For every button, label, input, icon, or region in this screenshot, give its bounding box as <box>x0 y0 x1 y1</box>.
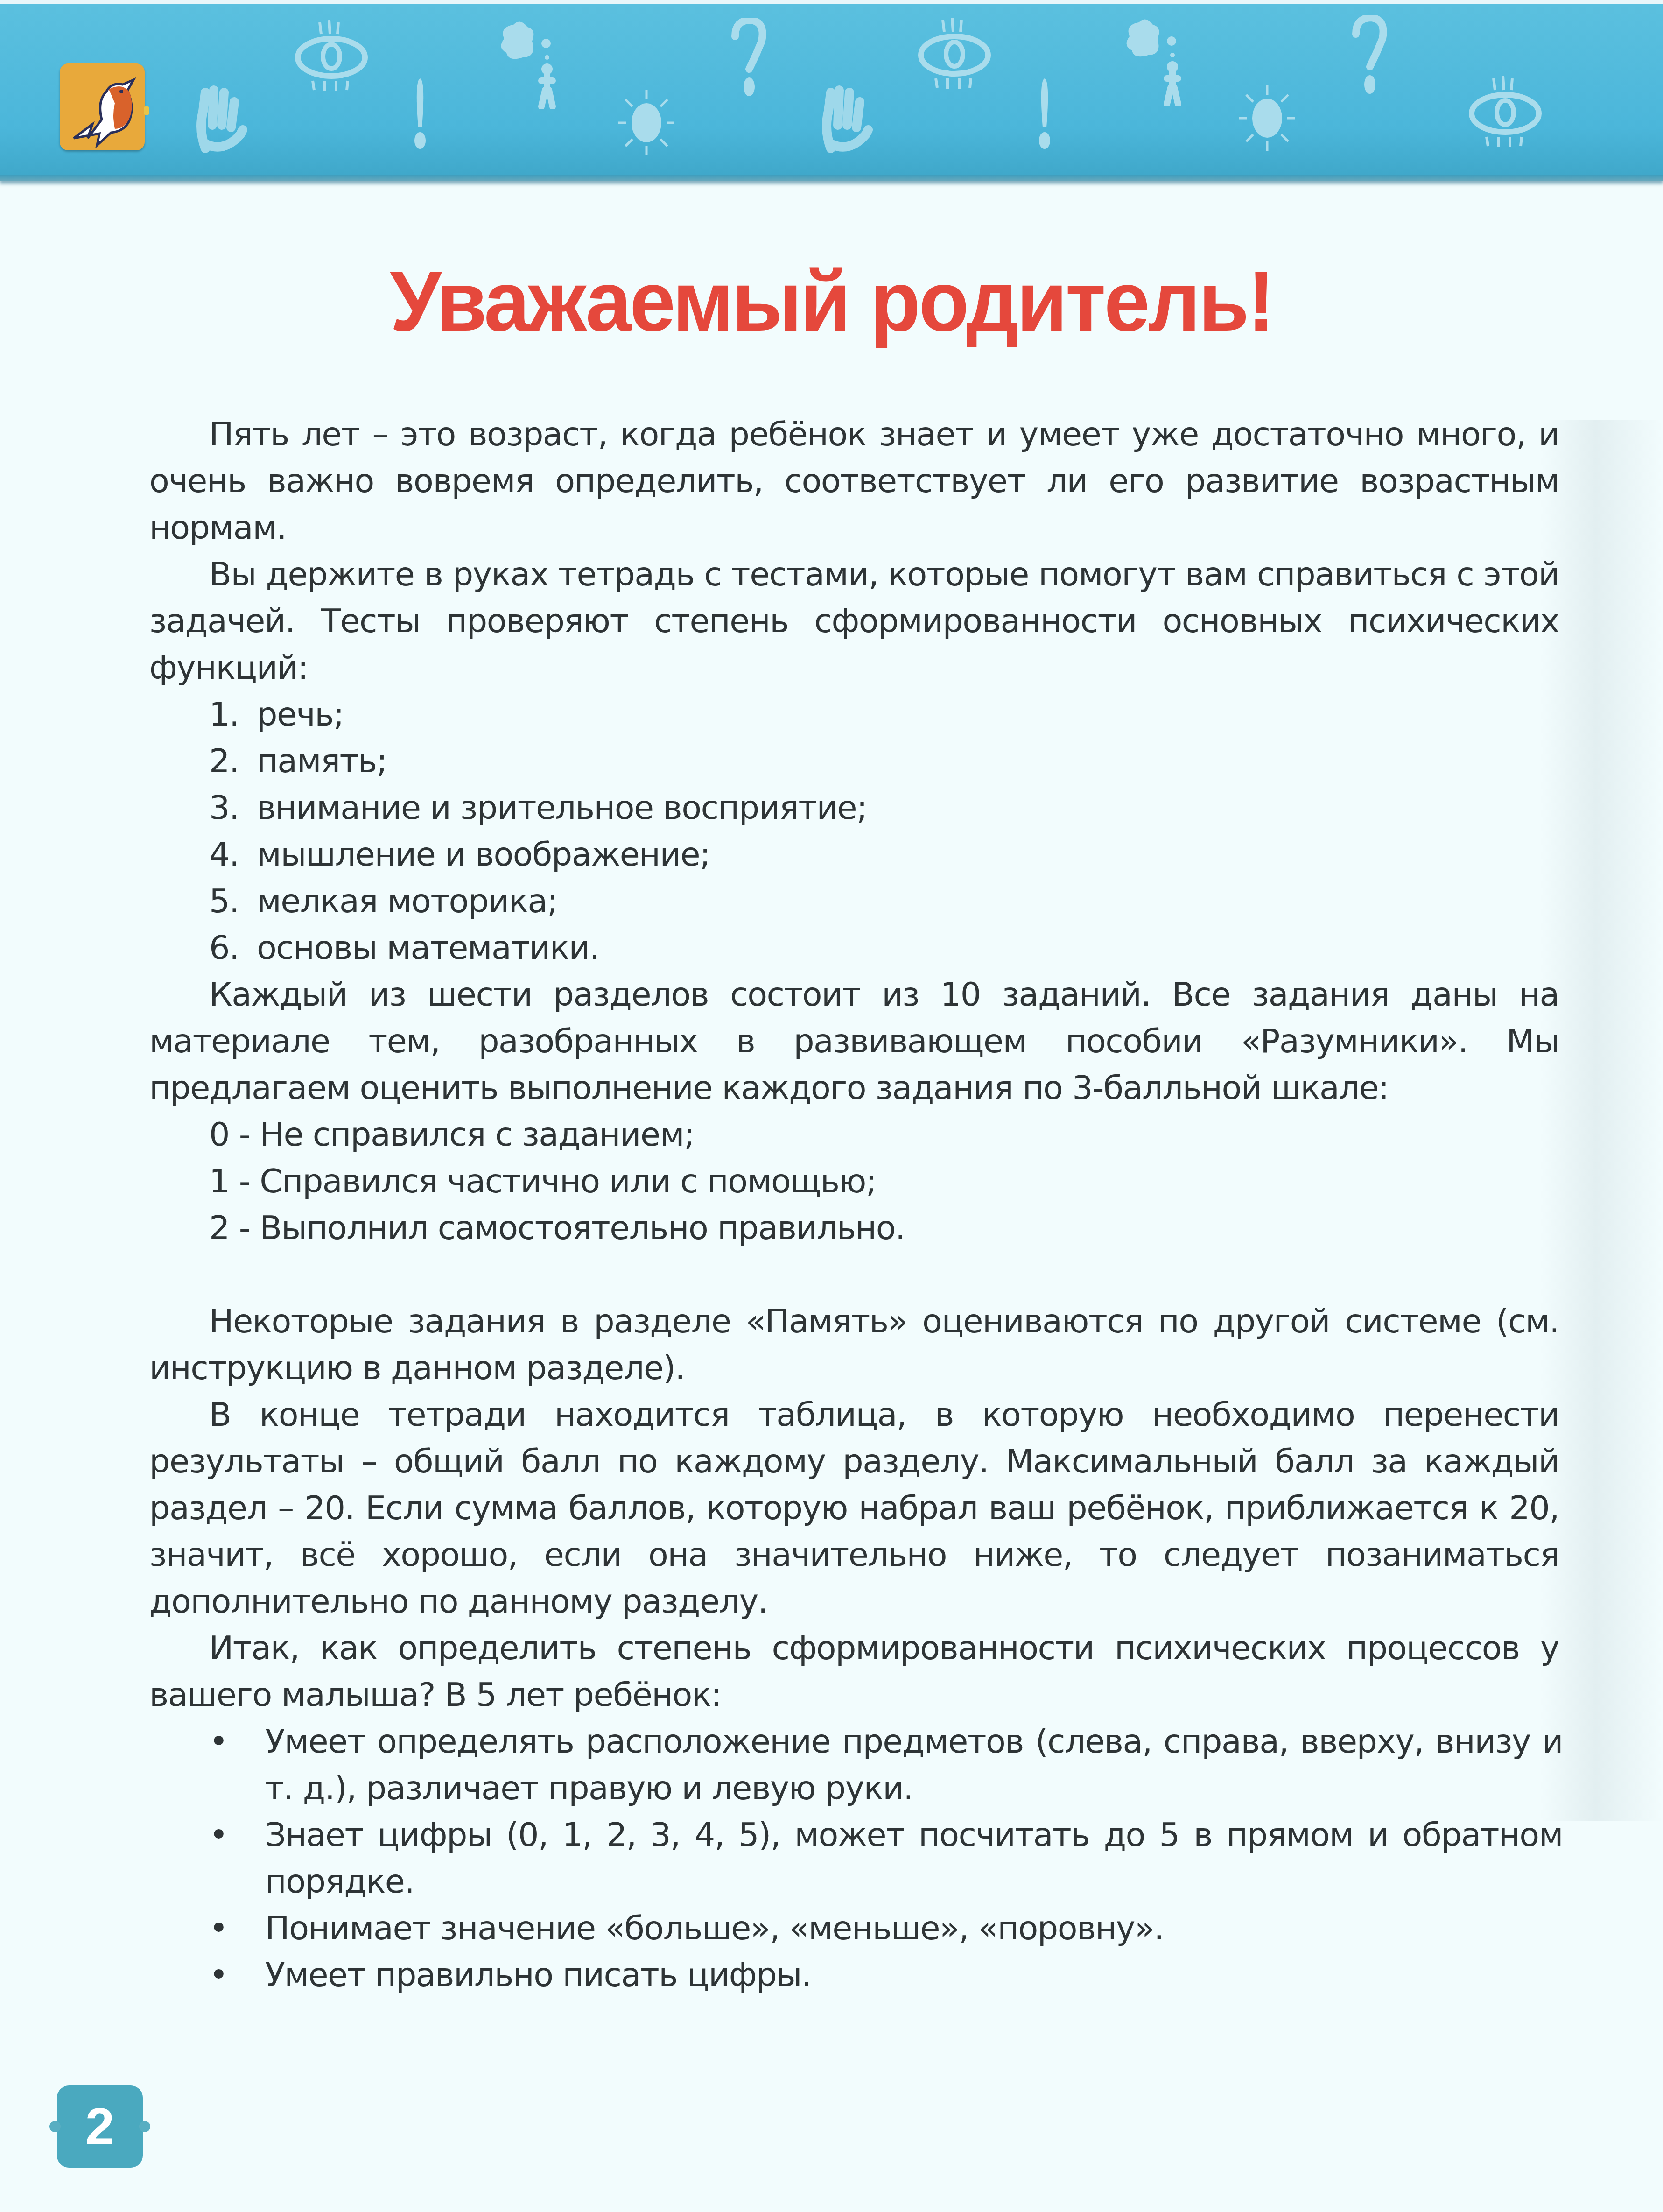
workbook-paragraph: Вы держите в руках тетрадь с тестами, ко… <box>149 551 1559 691</box>
bullet-icon: • <box>209 1811 228 1858</box>
thought-cloud-person-icon <box>495 20 565 109</box>
page-title: Уважаемый родитель! <box>25 252 1638 350</box>
score-item: 0 - Не справился с заданием; <box>209 1111 694 1158</box>
bullet-icon: • <box>209 1905 228 1951</box>
score-item: 1 - Справился частично или с помощью; <box>209 1158 876 1205</box>
eye-icon <box>292 20 371 92</box>
list-item: 2.память; <box>209 738 387 784</box>
list-item: 6.основы математики. <box>209 924 599 971</box>
list-item: 3.внимание и зрительное восприятие; <box>209 784 867 831</box>
sections-paragraph: Каждый из шести разделов состоит из 10 з… <box>149 971 1559 1111</box>
question-icon <box>1349 15 1391 95</box>
list-item: Умеет правильно писать цифры. <box>265 1951 1563 1998</box>
sun-icon <box>616 88 677 158</box>
list-item: 4.мышление и воображение; <box>209 831 710 878</box>
sun-icon <box>1237 83 1298 153</box>
results-table-paragraph: В конце тетради находится таблица, в кот… <box>149 1391 1559 1625</box>
bird-icon <box>60 63 145 150</box>
exclamation-icon <box>1035 76 1054 151</box>
hand-icon <box>821 83 873 153</box>
intro-paragraph: Пять лет – это возраст, когда ребёнок зн… <box>149 411 1559 551</box>
list-item: 1.речь; <box>209 691 344 738</box>
list-item: Понимает значение «больше», «меньше», «п… <box>265 1905 1563 1951</box>
list-item: Умеет определять расположение предметов … <box>265 1718 1563 1811</box>
score-item: 2 - Выполнил самостоятельно правильно. <box>209 1205 905 1251</box>
eye-icon <box>915 18 994 90</box>
eye-icon <box>1466 76 1545 148</box>
hand-icon <box>196 83 247 153</box>
robin-bird-logo <box>60 63 145 150</box>
thought-cloud-person-icon <box>1120 18 1190 106</box>
list-item: Знает цифры (0, 1, 2, 3, 4, 5), может по… <box>265 1811 1563 1905</box>
page-number: 2 <box>57 2085 143 2168</box>
exclamation-icon <box>411 76 429 151</box>
logo-tab <box>144 106 149 115</box>
bullet-icon: • <box>209 1951 228 1998</box>
memory-note-paragraph: Некоторые задания в разделе «Память» оце… <box>149 1298 1559 1391</box>
assessment-paragraph: Итак, как определить степень сформирован… <box>149 1625 1559 1718</box>
question-icon <box>728 18 770 97</box>
header-banner <box>0 0 1663 181</box>
list-item: 5.мелкая моторика; <box>209 878 557 924</box>
bullet-icon: • <box>209 1718 228 1765</box>
